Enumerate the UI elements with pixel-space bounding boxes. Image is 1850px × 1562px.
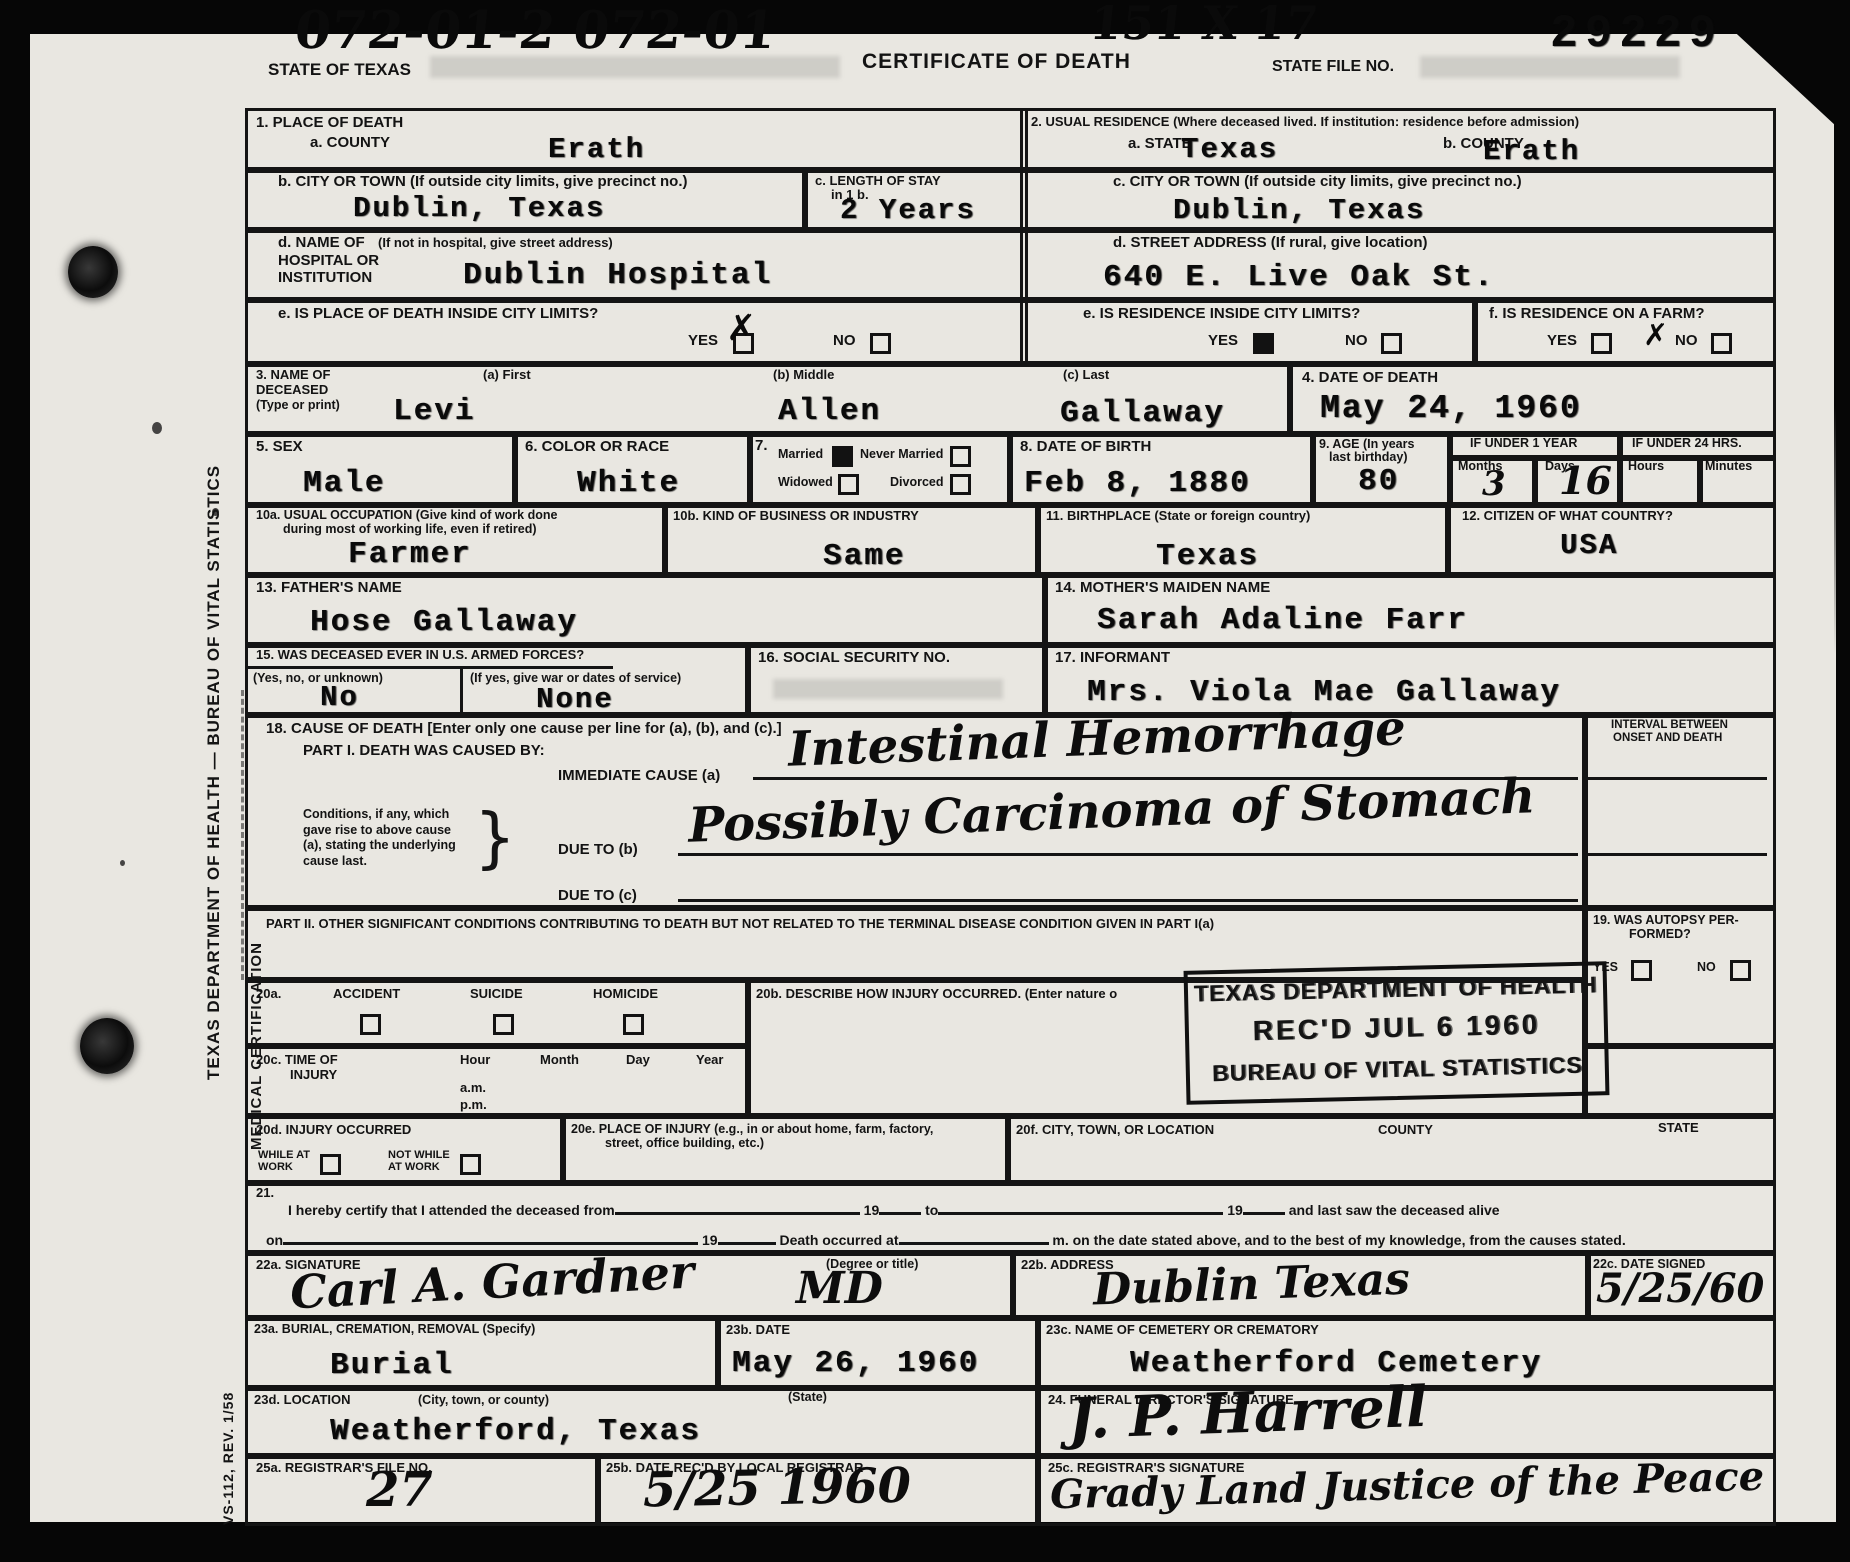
burial-method-value: Burial	[330, 1348, 454, 1383]
birthplace-label: 11. BIRTHPLACE (State or foreign country…	[1046, 508, 1310, 523]
usual-residence-label: 2. USUAL RESIDENCE (Where deceased lived…	[1031, 114, 1579, 129]
months-value: 3	[1482, 464, 1506, 504]
conditions-note: Conditions, if any, which gave rise to a…	[303, 807, 471, 870]
never-married-checkbox	[950, 446, 971, 467]
widowed-label: Widowed	[778, 475, 833, 489]
sex-value: Male	[303, 466, 385, 501]
place-of-death-section: 1. PLACE OF DEATH a. COUNTY Erath	[245, 108, 1028, 173]
residence-city-limits-label: e. IS RESIDENCE INSIDE CITY LIMITS?	[1083, 305, 1360, 322]
pod-yes-label: YES	[688, 332, 718, 349]
burial-date-cell: 23b. DATE May 26, 1960	[715, 1315, 1041, 1391]
informant-label: 17. INFORMANT	[1055, 649, 1170, 666]
pod-yes-checkmark: ✗	[726, 308, 756, 349]
race-cell: 6. COLOR OR RACE White	[512, 431, 753, 508]
not-while-at-work-label2: AT WORK	[388, 1161, 440, 1173]
hour-label: Hour	[460, 1052, 490, 1067]
handwritten-codes: 072-01-2 072-01	[292, 0, 779, 61]
location-value: Weatherford, Texas	[330, 1414, 701, 1449]
immediate-cause-label: IMMEDIATE CAUSE (a)	[558, 767, 720, 784]
certify-to: to	[925, 1202, 938, 1218]
residence-city-cell: c. CITY OR TOWN (If outside city limits,…	[1020, 167, 1776, 233]
residence-farm-cell: f. IS RESIDENCE ON A FARM? YES ✗ NO	[1472, 297, 1776, 367]
street-address-label: d. STREET ADDRESS (If rural, give locati…	[1113, 234, 1427, 251]
location-sublabel: (City, town, or county)	[418, 1393, 549, 1407]
middle-name-label: (b) Middle	[773, 367, 834, 382]
certify-on: on	[266, 1232, 283, 1248]
homicide-label: HOMICIDE	[593, 986, 658, 1001]
not-while-at-work-checkbox	[460, 1154, 481, 1175]
age-cell: 9. AGE (In years last birthday) 80	[1310, 431, 1453, 508]
residence-yes-label: YES	[1208, 332, 1238, 349]
months-cell: Months 3	[1447, 455, 1538, 508]
part1-label: PART I. DEATH WAS CAUSED BY:	[303, 742, 545, 759]
birthplace-value: Texas	[1156, 539, 1259, 574]
hours-label: Hours	[1628, 459, 1664, 473]
interval-line-b	[1585, 853, 1767, 856]
father-name-cell: 13. FATHER'S NAME Hose Gallaway	[245, 572, 1048, 648]
citizen-label: 12. CITIZEN OF WHAT COUNTRY?	[1462, 508, 1673, 523]
conditions-brace: }	[474, 799, 516, 876]
residence-city-limits-cell: e. IS RESIDENCE INSIDE CITY LIMITS? YES …	[1020, 297, 1478, 367]
armed-forces-divider	[248, 666, 613, 669]
farm-yes-label: YES	[1547, 332, 1577, 349]
blank-line	[938, 1199, 1223, 1215]
pod-city-value: Dublin, Texas	[353, 192, 605, 225]
married-checkbox	[832, 446, 853, 467]
pod-city-cell: b. CITY OR TOWN (If outside city limits,…	[245, 167, 808, 233]
farm-no-checkmark: ✗	[1643, 318, 1668, 353]
accident-checkbox	[360, 1014, 381, 1035]
pod-city-limits-cell: e. IS PLACE OF DEATH INSIDE CITY LIMITS?…	[245, 297, 1028, 367]
certify-year1: 19	[864, 1202, 880, 1218]
deceased-label1: 3. NAME OF	[256, 367, 330, 382]
not-while-at-work-label1: NOT WHILE	[388, 1149, 450, 1161]
minutes-cell: Minutes	[1697, 455, 1776, 508]
time-of-injury-label2: INJURY	[290, 1067, 337, 1082]
date-of-birth-label: 8. DATE OF BIRTH	[1020, 438, 1151, 455]
funeral-director-cell: 24. FUNERAL DIRECTOR'S SIGNATURE J. P. H…	[1035, 1385, 1776, 1459]
burial-date-value: May 26, 1960	[732, 1346, 979, 1381]
first-name-value: Levi	[393, 394, 475, 429]
due-to-c-line	[678, 899, 1578, 902]
mother-name-value: Sarah Adaline Farr	[1097, 603, 1468, 638]
certification-cell: 21. I hereby certify that I attended the…	[245, 1180, 1776, 1256]
ink-speck	[120, 860, 125, 866]
name-of-deceased-cell: 3. NAME OF DECEASED (Type or print) (a) …	[245, 361, 1293, 437]
injury-spare-cell	[1582, 1043, 1776, 1119]
days-cell: Days 16	[1532, 455, 1623, 508]
certification-line1: I hereby certify that I attended the dec…	[288, 1199, 1500, 1218]
pm-label: p.m.	[460, 1097, 487, 1112]
race-value: White	[577, 466, 680, 501]
state-heading: STATE OF TEXAS	[268, 60, 411, 80]
hospital-label-note: (If not in hospital, give street address…	[378, 235, 613, 250]
burial-location-cell: 23d. LOCATION (City, town, or county) (S…	[245, 1385, 1041, 1459]
residence-county-value: Erath	[1483, 135, 1580, 168]
autopsy-no-checkbox	[1730, 960, 1751, 981]
certify-text2: and last saw the deceased alive	[1289, 1202, 1500, 1218]
certify-text1: I hereby certify that I attended the dec…	[288, 1202, 615, 1218]
blank-line	[615, 1199, 860, 1215]
stamp-line3: BUREAU OF VITAL STATISTICS	[1190, 1051, 1606, 1087]
cemetery-value: Weatherford Cemetery	[1130, 1346, 1542, 1381]
armed-forces-cell: 15. WAS DECEASED EVER IN U.S. ARMED FORC…	[245, 642, 751, 718]
funeral-director-signature: J. P. Harrell	[1067, 1374, 1428, 1453]
never-married-label: Never Married	[860, 447, 943, 461]
usual-residence-section: 2. USUAL RESIDENCE (Where deceased lived…	[1020, 108, 1776, 173]
residence-city-label: c. CITY OR TOWN (If outside city limits,…	[1113, 173, 1522, 190]
informant-cell: 17. INFORMANT Mrs. Viola Mae Gallaway	[1042, 642, 1776, 718]
item20a-label: 20a.	[256, 986, 281, 1001]
scan-edge-bottom	[0, 1522, 1850, 1562]
part2-label: PART II. OTHER SIGNIFICANT CONDITIONS CO…	[266, 916, 1214, 931]
autopsy-cell: 19. WAS AUTOPSY PER- FORMED? YES NO	[1582, 905, 1776, 1049]
length-of-stay-cell: c. LENGTH OF STAY in 1 b. 2 Years	[802, 167, 1028, 233]
age-label: 9. AGE (In years	[1319, 437, 1414, 451]
length-of-stay-label: c. LENGTH OF STAY	[815, 173, 941, 188]
ink-speck	[152, 422, 162, 434]
scan-edge-left	[0, 0, 30, 1562]
mother-name-cell: 14. MOTHER'S MAIDEN NAME Sarah Adaline F…	[1042, 572, 1776, 648]
occupation-value: Farmer	[348, 537, 472, 572]
father-name-value: Hose Gallaway	[310, 605, 578, 640]
middle-name-value: Allen	[778, 394, 881, 429]
agency-vertical-text: TEXAS DEPARTMENT OF HEALTH — BUREAU OF V…	[204, 200, 224, 1080]
farm-no-checkbox	[1711, 333, 1732, 354]
autopsy-yes-checkbox	[1631, 960, 1652, 981]
deceased-label3: (Type or print)	[256, 398, 340, 412]
street-address-value: 640 E. Live Oak St.	[1103, 260, 1494, 295]
hole-punch-bottom	[80, 1018, 134, 1074]
marital-label: 7.	[755, 437, 768, 454]
cause-of-death-label: 18. CAUSE OF DEATH [Enter only one cause…	[266, 720, 782, 737]
month-label: Month	[540, 1052, 579, 1067]
death-certificate-scan: 072-01-2 072-01 151 X 17 29229 STATE OF …	[0, 0, 1850, 1562]
pod-city-label: b. CITY OR TOWN (If outside city limits,…	[278, 173, 688, 190]
certify-year2: 19	[1227, 1202, 1243, 1218]
while-at-work-label1: WHILE AT	[258, 1149, 310, 1161]
date-of-death-value: May 24, 1960	[1320, 390, 1582, 427]
place-of-death-label: 1. PLACE OF DEATH	[256, 114, 403, 131]
mother-name-label: 14. MOTHER'S MAIDEN NAME	[1055, 579, 1270, 596]
certificate-title: CERTIFICATE OF DEATH	[862, 50, 1131, 74]
burial-method-label: 23a. BURIAL, CREMATION, REMOVAL (Specify…	[254, 1322, 535, 1336]
degree-value: MD	[796, 1263, 883, 1314]
length-of-stay-value: 2 Years	[840, 194, 976, 227]
cemetery-label: 23c. NAME OF CEMETERY OR CREMATORY	[1046, 1322, 1319, 1337]
blank-line	[718, 1229, 776, 1245]
last-name-value: Gallaway	[1060, 396, 1225, 431]
industry-value: Same	[823, 539, 905, 574]
stamp-line1: TEXAS DEPARTMENT OF HEALTH	[1188, 971, 1604, 1007]
accident-suicide-homicide-cell: 20a. ACCIDENT SUICIDE HOMICIDE	[245, 977, 751, 1049]
occupation-label2: during most of working life, even if ret…	[283, 522, 537, 536]
accident-label: ACCIDENT	[333, 986, 400, 1001]
occupation-label1: 10a. USUAL OCCUPATION (Give kind of work…	[256, 508, 557, 522]
hospital-cell: d. NAME OF (If not in hospital, give str…	[245, 227, 1028, 303]
year-label: Year	[696, 1052, 723, 1067]
residence-no-label: NO	[1345, 332, 1368, 349]
certify-text4: m. on the date stated above, and to the …	[1052, 1232, 1625, 1248]
residence-farm-label: f. IS RESIDENCE ON A FARM?	[1489, 305, 1705, 322]
time-of-injury-cell: 20c. TIME OF INJURY Hour Month Day Year …	[245, 1043, 751, 1119]
street-address-cell: d. STREET ADDRESS (If rural, give locati…	[1020, 227, 1776, 303]
day-label: Day	[626, 1052, 650, 1067]
certification-line2: on 19 Death occurred at m. on the date s…	[266, 1229, 1626, 1248]
margin-dashed-line	[241, 690, 244, 980]
immediate-cause-value: Intestinal Hemorrhage	[787, 700, 1406, 778]
divorced-checkbox	[950, 474, 971, 495]
homicide-checkbox	[623, 1014, 644, 1035]
autopsy-no-label: NO	[1697, 960, 1716, 974]
certification-number: 21.	[256, 1185, 274, 1200]
married-label: Married	[778, 447, 823, 461]
ssn-cell: 16. SOCIAL SECURITY NO.	[745, 642, 1048, 718]
certify-text3: Death occurred at	[779, 1232, 898, 1248]
scan-edge-right	[1834, 34, 1850, 654]
blank-line	[1243, 1199, 1285, 1215]
header-smudge	[430, 56, 840, 78]
ssn-smudge	[773, 679, 1003, 699]
location-label: 23d. LOCATION	[254, 1392, 351, 1407]
registrar-signature-cell: 25c. REGISTRAR'S SIGNATURE Grady Land Ju…	[1035, 1453, 1776, 1526]
citizen-value: USA	[1560, 529, 1618, 562]
injury-county-label: COUNTY	[1378, 1122, 1433, 1137]
due-to-c-label: DUE TO (c)	[558, 887, 637, 904]
citizen-cell: 12. CITIZEN OF WHAT COUNTRY? USA	[1445, 502, 1776, 578]
pod-no-checkbox	[870, 333, 891, 354]
county-value: Erath	[548, 133, 645, 166]
place-of-injury-cell: 20e. PLACE OF INJURY (e.g., in or about …	[560, 1113, 1011, 1186]
form-code-vertical-text: VS-112, REV. 1/58	[220, 1330, 236, 1525]
race-label: 6. COLOR OR RACE	[525, 438, 669, 455]
blank-line	[283, 1229, 698, 1245]
date-of-death-label: 4. DATE OF DEATH	[1302, 369, 1438, 386]
widowed-checkbox	[838, 474, 859, 495]
date-of-death-cell: 4. DATE OF DEATH May 24, 1960	[1287, 361, 1776, 437]
residence-state-value: Texas	[1181, 133, 1278, 166]
autopsy-label2: FORMED?	[1629, 927, 1691, 941]
deceased-label2: DECEASED	[256, 382, 328, 397]
physician-signature: Carl A. Gardner	[289, 1244, 696, 1319]
burial-date-label: 23b. DATE	[726, 1322, 790, 1337]
age-value: 80	[1358, 464, 1399, 499]
due-to-b-label: DUE TO (b)	[558, 841, 638, 858]
state-file-number: 29229	[1550, 8, 1723, 60]
location-state-label: (State)	[788, 1390, 827, 1404]
interval-line-a	[1585, 777, 1767, 780]
residence-city-value: Dublin, Texas	[1173, 194, 1425, 227]
hospital-label2: HOSPITAL OR	[278, 252, 379, 269]
hours-cell: Hours	[1617, 455, 1703, 508]
last-name-label: (c) Last	[1063, 367, 1109, 382]
pod-city-limits-label: e. IS PLACE OF DEATH INSIDE CITY LIMITS?	[278, 305, 598, 322]
minutes-label: Minutes	[1705, 459, 1752, 473]
handwritten-batch-number: 151 X 17	[1087, 0, 1320, 50]
interval-column: INTERVAL BETWEEN ONSET AND DEATH	[1582, 712, 1776, 911]
injury-occurred-label: 20d. INJURY OCCURRED	[256, 1122, 411, 1137]
date-of-birth-value: Feb 8, 1880	[1024, 466, 1251, 501]
place-of-injury-label2: street, office building, etc.)	[605, 1136, 764, 1150]
farm-no-label: NO	[1675, 332, 1698, 349]
due-to-b-value: Possibly Carcinoma of Stomach	[687, 768, 1536, 854]
physician-signature-cell: 22a. SIGNATURE Carl A. Gardner (Degree o…	[245, 1250, 1016, 1321]
injury-city-label: 20f. CITY, TOWN, OR LOCATION	[1016, 1122, 1214, 1137]
first-name-label: (a) First	[483, 367, 531, 382]
if-under-1-year-label: IF UNDER 1 YEAR	[1470, 436, 1577, 450]
state-file-no-label: STATE FILE NO.	[1272, 58, 1394, 76]
cause-of-death-cell: 18. CAUSE OF DEATH [Enter only one cause…	[245, 712, 1588, 911]
autopsy-label1: 19. WAS AUTOPSY PER-	[1593, 913, 1739, 927]
injury-occurred-cell: 20d. INJURY OCCURRED WHILE AT WORK NOT W…	[245, 1113, 566, 1186]
armed-forces-answer: No	[320, 681, 359, 714]
sex-label: 5. SEX	[256, 438, 303, 455]
father-name-label: 13. FATHER'S NAME	[256, 579, 402, 596]
occupation-cell: 10a. USUAL OCCUPATION (Give kind of work…	[245, 502, 668, 578]
injury-state-label: STATE	[1658, 1120, 1699, 1135]
registrar-date-value: 5/25 1960	[643, 1458, 912, 1519]
due-to-b-line	[678, 853, 1578, 856]
burial-method-cell: 23a. BURIAL, CREMATION, REMOVAL (Specify…	[245, 1315, 721, 1391]
place-of-injury-label1: 20e. PLACE OF INJURY (e.g., in or about …	[571, 1122, 933, 1136]
interval-label2: ONSET AND DEATH	[1613, 732, 1722, 744]
am-label: a.m.	[460, 1080, 486, 1095]
sex-cell: 5. SEX Male	[245, 431, 518, 508]
suicide-label: SUICIDE	[470, 986, 523, 1001]
birthplace-cell: 11. BIRTHPLACE (State or foreign country…	[1035, 502, 1451, 578]
county-label: a. COUNTY	[310, 134, 390, 151]
hospital-value: Dublin Hospital	[463, 258, 772, 293]
armed-forces-label: 15. WAS DECEASED EVER IN U.S. ARMED FORC…	[256, 647, 584, 662]
while-at-work-checkbox	[320, 1154, 341, 1175]
physician-address-cell: 22b. ADDRESS Dublin Texas	[1010, 1250, 1591, 1321]
farm-yes-checkbox	[1591, 333, 1612, 354]
interval-label1: INTERVAL BETWEEN	[1611, 719, 1728, 731]
divorced-label: Divorced	[890, 475, 944, 489]
registrar-date-cell: 25b. DATE REC'D BY LOCAL REGISTRAR 5/25 …	[595, 1453, 1041, 1526]
received-stamp: TEXAS DEPARTMENT OF HEALTH REC'D JUL 6 1…	[1184, 961, 1610, 1105]
time-of-injury-label1: 20c. TIME OF	[256, 1052, 338, 1067]
industry-cell: 10b. KIND OF BUSINESS OR INDUSTRY Same	[662, 502, 1041, 578]
residence-yes-checkbox	[1253, 333, 1274, 354]
registrar-file-value: 27	[366, 1462, 433, 1518]
certify-year3: 19	[702, 1232, 718, 1248]
suicide-checkbox	[493, 1014, 514, 1035]
while-at-work-label2: WORK	[258, 1161, 293, 1173]
marital-status-cell: 7. Married Never Married Widowed Divorce…	[747, 431, 1013, 508]
blank-line	[899, 1229, 1049, 1245]
address-value: Dublin Texas	[1092, 1253, 1410, 1315]
ssn-label: 16. SOCIAL SECURITY NO.	[758, 649, 950, 666]
date-signed-value: 5/25/60	[1596, 1265, 1764, 1312]
describe-injury-label: 20b. DESCRIBE HOW INJURY OCCURRED. (Ente…	[756, 986, 1117, 1001]
date-signed-cell: 22c. DATE SIGNED 5/25/60	[1585, 1250, 1776, 1321]
days-value: 16	[1559, 458, 1612, 503]
injury-location-cell: 20f. CITY, TOWN, OR LOCATION COUNTY STAT…	[1005, 1113, 1776, 1186]
date-of-birth-cell: 8. DATE OF BIRTH Feb 8, 1880	[1007, 431, 1316, 508]
hospital-label: d. NAME OF	[278, 234, 365, 251]
armed-forces-sub1: (Yes, no, or unknown)	[253, 671, 383, 685]
armed-forces-vdivider	[460, 666, 463, 712]
hospital-label3: INSTITUTION	[278, 269, 372, 286]
if-under-24-hrs-label: IF UNDER 24 HRS.	[1632, 436, 1742, 450]
header-smudge-right	[1420, 56, 1680, 78]
blank-line	[879, 1199, 921, 1215]
stamp-line2: REC'D JUL 6 1960	[1189, 1007, 1605, 1048]
hole-punch-top	[68, 246, 118, 298]
industry-label: 10b. KIND OF BUSINESS OR INDUSTRY	[673, 508, 919, 523]
pod-no-label: NO	[833, 332, 856, 349]
registrar-file-cell: 25a. REGISTRAR'S FILE NO. 27	[245, 1453, 601, 1526]
residence-no-checkbox	[1381, 333, 1402, 354]
age-label2: last birthday)	[1329, 450, 1408, 464]
